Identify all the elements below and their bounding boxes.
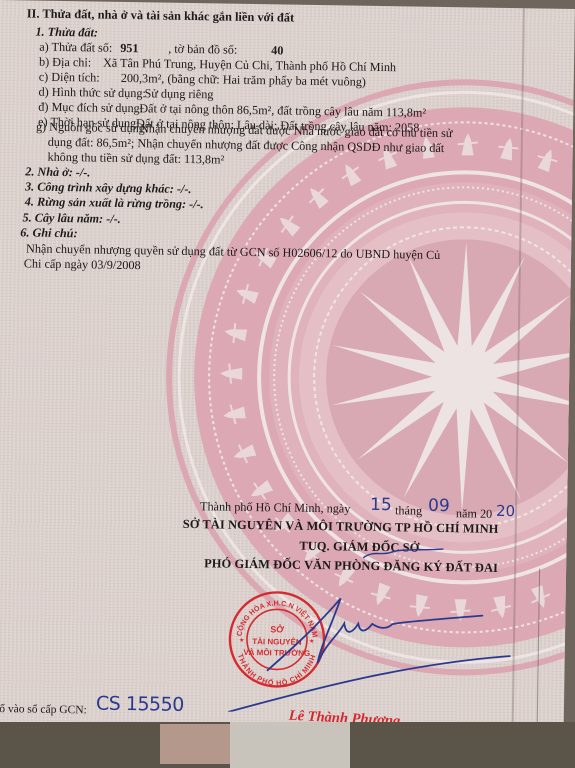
section-title: II. Thửa đất, nhà ở và tài sản khác gắn … bbox=[27, 6, 295, 24]
issue-year-handwritten: 20 bbox=[496, 504, 515, 518]
month-label: tháng bbox=[395, 503, 422, 517]
notes-line-2: Chi cấp ngày 03/9/2008 bbox=[24, 256, 141, 272]
origin-label: g) Nguồn gốc sử dụng: bbox=[36, 120, 148, 136]
certificate-page: II. Thửa đất, nhà ở và tài sản khác gắn … bbox=[0, 0, 575, 731]
map-sheet-label: , tờ bản đồ số: bbox=[168, 42, 237, 57]
issue-month: 09 bbox=[428, 499, 450, 513]
year-label: năm 20 bbox=[456, 506, 492, 521]
usage-purpose-label: đ) Mục đích sử dụng: bbox=[38, 100, 143, 116]
document-body: II. Thửa đất, nhà ở và tài sản khác gắn … bbox=[0, 0, 575, 731]
registry-number-handwritten: CS 15550 bbox=[96, 697, 184, 712]
usage-form-label: d) Hình thức sử dụng: bbox=[38, 85, 146, 101]
notes-heading: 6. Ghi chú: bbox=[20, 225, 77, 240]
handwritten-signature bbox=[219, 592, 521, 717]
signer-title: PHÓ GIÁM ĐỐC VĂN PHÒNG ĐĂNG KÝ ĐẤT ĐAI bbox=[204, 556, 498, 575]
initial-mark bbox=[361, 544, 451, 565]
parcel-number: 951 bbox=[120, 41, 138, 55]
parcel-label: a) Thửa đất số: bbox=[39, 40, 112, 55]
place-date-prefix: Thành phố Hồ Chí Minh, ngày bbox=[200, 499, 351, 515]
other-construction-item: 3. Công trình xây dựng khác: -/-. bbox=[25, 179, 192, 196]
issue-day: 15 bbox=[370, 498, 392, 512]
perennial-trees-item: 5. Cây lâu năm: -/-. bbox=[22, 210, 120, 226]
registry-label: Số vào sổ cấp GCN: bbox=[0, 702, 87, 717]
background-object bbox=[160, 724, 230, 764]
address-label: b) Địa chỉ: bbox=[39, 55, 91, 70]
background-surface bbox=[0, 722, 575, 768]
origin-line-3: không thu tiền sử dụng đất: 113,8m² bbox=[47, 150, 224, 167]
usage-form-value: Sử dụng riêng bbox=[144, 86, 213, 101]
land-heading: 1. Thửa đất: bbox=[35, 25, 98, 40]
production-forest-item: 4. Rừng sản xuất là rừng trồng: -/-. bbox=[25, 194, 204, 211]
map-sheet-number: 40 bbox=[271, 43, 283, 57]
house-item: 2. Nhà ở: -/-. bbox=[25, 164, 90, 179]
agency-name: SỞ TÀI NGUYÊN VÀ MÔI TRƯỜNG TP HỒ CHÍ MI… bbox=[183, 517, 499, 536]
background-object bbox=[230, 722, 350, 768]
area-label: c) Diện tích: bbox=[39, 70, 100, 85]
